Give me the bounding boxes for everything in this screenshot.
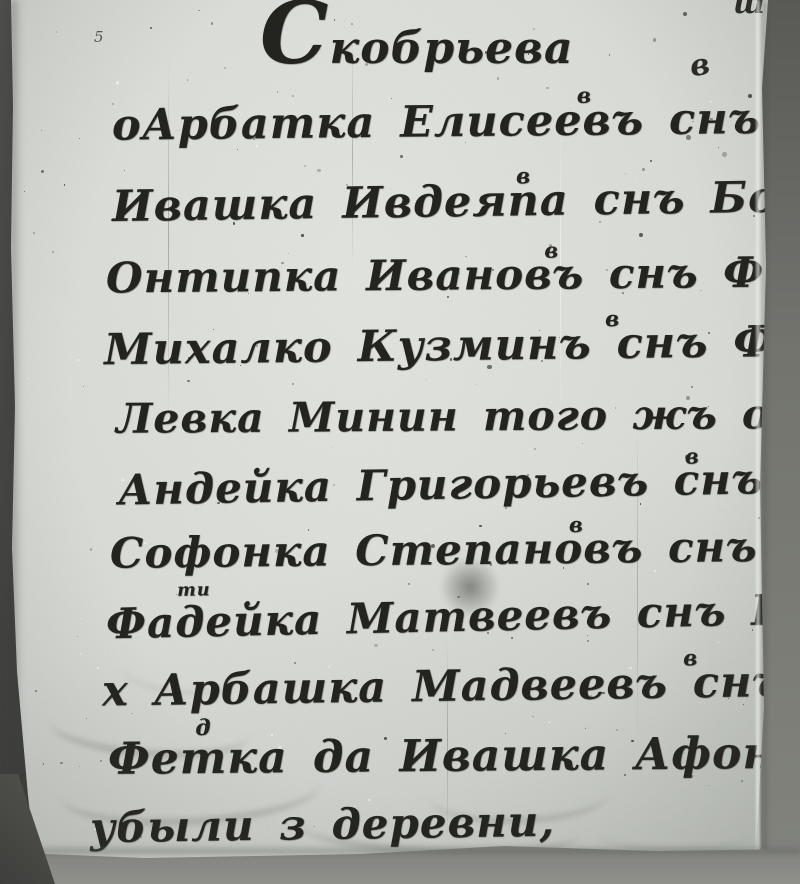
superscript-letter: д [195,715,212,741]
margin-numeral: 5 [94,28,104,46]
superscript-letter: в [516,164,531,189]
photo-corner-bottom-left [0,774,70,884]
manuscript-line: вИвашка Ивдеяпа снъ Ботинцев [112,170,800,232]
superscript-letter: в [683,646,698,671]
manuscript-line: вСофонка Степановъ снъ Игнатьев [110,519,800,578]
manuscript-line: дФетка да Ивашка Афонасьевы, [108,726,800,785]
bleedthrough-mark [598,817,749,854]
manuscript-line: вМихалко Кузминъ снъ Федосвев [104,315,800,376]
line-text: убыли з деревни, [90,797,556,852]
manuscript-line: тиФадейка Матвеевъ снъ Кодеринъ [106,581,800,649]
line-text: оАрбатка Елисеевъ снъ Лежне, [112,92,800,151]
superscript-letter: ти [177,579,211,601]
line-text: Левка Минин того жъ одново [116,389,800,443]
manuscript-line: Левка Минин того жъ одново [116,389,800,443]
superscript-letter: в [605,307,620,332]
line-text: Ивашка Ивдеяпа снъ Ботинце [112,170,800,232]
line-text: Софонка Степановъ снъ Игнатье [110,519,800,577]
manuscript-line: вОнтипка Ивановъ снъ Фролов [106,247,800,303]
line-text: Михалко Кузминъ снъ Федосве [104,315,800,375]
manuscript-line: воАрбатка Елисеевъ снъ Лежне,в [112,91,800,150]
manuscript-heading: Скобрьева [260,4,574,79]
photo-edge-left [0,0,40,884]
manuscript-line: вх Арбашка Мадвеевъ снъ Нетинов [102,653,800,716]
superscript-letter: в [544,238,559,263]
line-text: Онтипка Ивановъ снъ Фроло [106,247,800,303]
manuscript-line: убыли з деревни, [90,797,556,852]
manuscript-line: вАндейка Григорьевъ снъ Тюрнин [118,451,800,515]
superscript-letter: в [685,443,700,468]
manuscript-photo: 5 ш Скобрьева воАрбатка Елисеевъ снъ Леж… [0,0,800,884]
superscript-letter: в [577,84,592,109]
superscript-letter: в [569,512,584,537]
cropped-top-glyph: ш [733,0,765,21]
floating-superscript: в [688,47,712,84]
paper-edge-shadow-left [10,0,22,884]
